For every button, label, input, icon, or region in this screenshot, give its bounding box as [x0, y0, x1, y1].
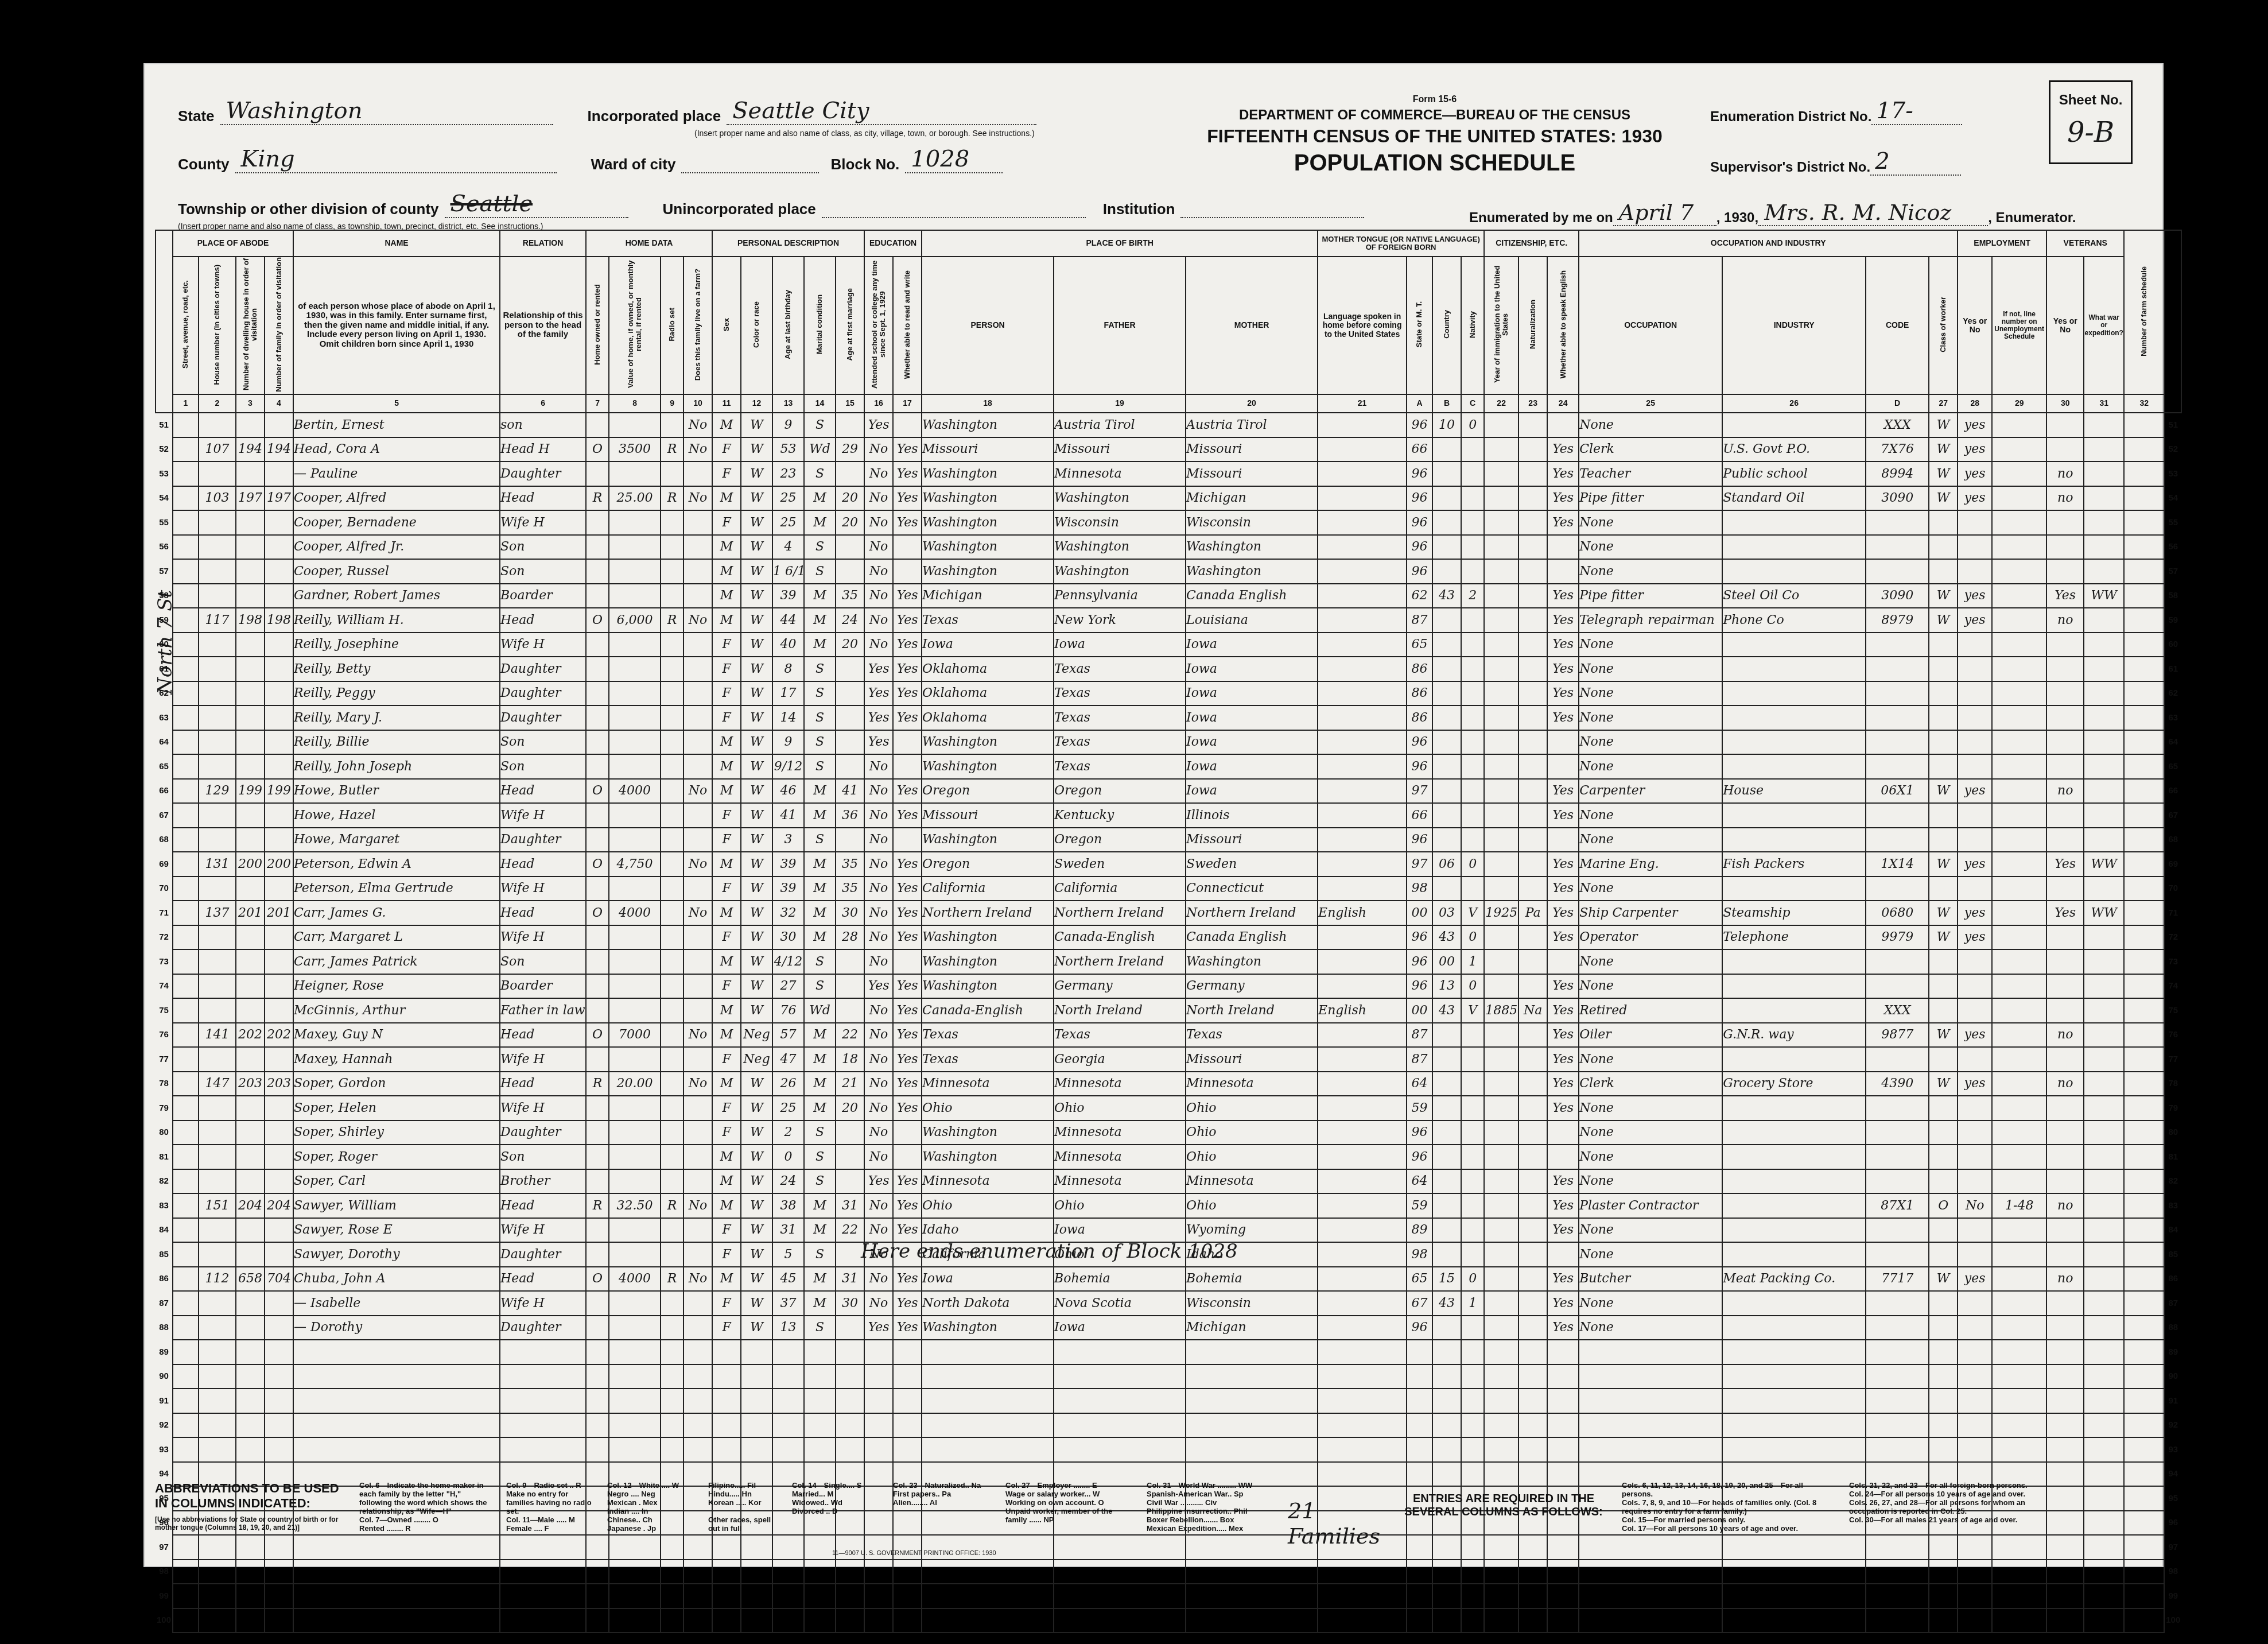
cell-own — [586, 1145, 609, 1169]
cell-imm — [1484, 1120, 1519, 1145]
cell-house — [199, 998, 236, 1023]
cell-mar: M — [804, 852, 836, 877]
cell-street — [173, 705, 199, 730]
line-number: 53 — [156, 462, 173, 486]
cell-radio: R — [661, 486, 683, 511]
cell-read — [893, 1340, 922, 1364]
cell-war — [2084, 1316, 2124, 1340]
cell-nat — [1519, 1584, 1547, 1608]
cell-value — [609, 1389, 661, 1413]
cell-bpm: Iowa — [1186, 681, 1318, 706]
cell-school — [864, 1608, 893, 1633]
cell-vet — [2046, 949, 2084, 974]
cell-farm — [683, 1340, 712, 1364]
sd-label: Supervisor's District No. — [1710, 160, 1870, 176]
cell-lang — [1318, 1072, 1407, 1096]
cell-age — [772, 1437, 804, 1462]
cell-code — [1866, 1242, 1929, 1267]
cell-bpm: Ohio — [1186, 1193, 1318, 1218]
cell-ind — [1722, 559, 1866, 584]
cell-name: Howe, Margaret — [293, 828, 500, 852]
cell-code: 9979 — [1866, 925, 1929, 950]
cell-war — [2084, 1218, 2124, 1243]
cell-value: 20.00 — [609, 1072, 661, 1096]
line-number-right: 93 — [2164, 1437, 2181, 1462]
cell-occ: Oiler — [1579, 1023, 1722, 1048]
cell-agem: 31 — [836, 1267, 864, 1292]
cell-school: No — [864, 1072, 893, 1096]
cell-lang — [1318, 1047, 1407, 1072]
cell-vet — [2046, 1584, 2084, 1608]
cell-age: 4 — [772, 535, 804, 560]
cell-sex — [712, 1340, 741, 1364]
cell-radio: R — [661, 437, 683, 462]
cell-value — [609, 877, 661, 901]
cell-house — [199, 535, 236, 560]
cell-imm — [1484, 1560, 1519, 1584]
cell-street — [173, 1242, 199, 1267]
cell-farmsch — [2124, 1023, 2164, 1048]
cell-race — [741, 1608, 772, 1633]
cell-rel: Daughter — [500, 681, 586, 706]
cell-bpm: Missouri — [1186, 462, 1318, 486]
cell-eng: Yes — [1547, 1169, 1579, 1194]
cell-rel: Father in law — [500, 998, 586, 1023]
cell-b — [1432, 1218, 1461, 1243]
cell-fam — [265, 1120, 293, 1145]
cell-mar: M — [804, 877, 836, 901]
cell-bp: Iowa — [922, 1267, 1054, 1292]
cell-race: W — [741, 852, 772, 877]
cell-bp: Washington — [922, 535, 1054, 560]
cell-lang — [1318, 1584, 1407, 1608]
cell-a: 97 — [1407, 852, 1432, 877]
cell-mar — [804, 1560, 836, 1584]
cell-b — [1432, 510, 1461, 535]
column-number: 8 — [609, 394, 661, 413]
sd-value: 2 — [1870, 148, 1961, 176]
cell-lang — [1318, 877, 1407, 901]
cell-race: W — [741, 633, 772, 657]
cell-occ: None — [1579, 877, 1722, 901]
cell-farm — [683, 925, 712, 950]
cell-age: 39 — [772, 584, 804, 608]
cell-name — [293, 1560, 500, 1584]
cell-vet: no — [2046, 1267, 2084, 1292]
cell-c: 0 — [1461, 413, 1484, 437]
cell-bp — [922, 1364, 1054, 1389]
cell-unemp — [1992, 754, 2046, 779]
cell-eng: Yes — [1547, 803, 1579, 828]
cell-nat — [1519, 1145, 1547, 1169]
cell-b — [1432, 1023, 1461, 1048]
cell-c — [1461, 486, 1484, 511]
cell-bpm — [1186, 1413, 1318, 1438]
cell-value — [609, 754, 661, 779]
cell-bp: Washington — [922, 559, 1054, 584]
cell-dwell — [236, 1242, 265, 1267]
cell-imm — [1484, 1145, 1519, 1169]
cell-house: 117 — [199, 608, 236, 633]
cell-sex — [712, 1389, 741, 1413]
cell-bpm: Wyoming — [1186, 1218, 1318, 1243]
cell-ind: Grocery Store — [1722, 1072, 1866, 1096]
line-number: 100 — [156, 1608, 173, 1633]
cell-nat — [1519, 1072, 1547, 1096]
cell-occ — [1579, 1560, 1722, 1584]
cell-agem: 20 — [836, 633, 864, 657]
cell-bp: Northern Ireland — [922, 901, 1054, 925]
cell-lang — [1318, 633, 1407, 657]
cell-value — [609, 730, 661, 755]
cell-bpf: Iowa — [1054, 1316, 1186, 1340]
cell-value — [609, 559, 661, 584]
cell-war — [2084, 1608, 2124, 1633]
cell-war — [2084, 1120, 2124, 1145]
cell-occ — [1579, 1437, 1722, 1462]
line-number: 69 — [156, 852, 173, 877]
cell-bpm: Bohemia — [1186, 1267, 1318, 1292]
cell-age: 25 — [772, 1096, 804, 1120]
cell-rel: Son — [500, 1145, 586, 1169]
cell-farm — [683, 974, 712, 999]
cell-war — [2084, 1364, 2124, 1389]
col-20-header: MOTHER — [1186, 257, 1318, 394]
cell-fam — [265, 877, 293, 901]
cell-imm — [1484, 1608, 1519, 1633]
cell-name: — Pauline — [293, 462, 500, 486]
cell-name: Carr, James G. — [293, 901, 500, 925]
cell-rel: Head — [500, 1267, 586, 1292]
cell-race: W — [741, 828, 772, 852]
table-row: 56Cooper, Alfred Jr.SonMW4SNoWashingtonW… — [156, 535, 2181, 560]
cell-agem — [836, 974, 864, 999]
cell-vet: no — [2046, 779, 2084, 804]
cell-sex: M — [712, 779, 741, 804]
cell-age: 44 — [772, 608, 804, 633]
cell-read: Yes — [893, 1316, 922, 1340]
cell-eng: Yes — [1547, 510, 1579, 535]
cell-vet: Yes — [2046, 901, 2084, 925]
cell-rel: Wife H — [500, 1047, 586, 1072]
cell-school: No — [864, 510, 893, 535]
cell-own — [586, 1291, 609, 1316]
cell-vet — [2046, 998, 2084, 1023]
cell-occ — [1579, 1389, 1722, 1413]
cell-eng — [1547, 949, 1579, 974]
cell-age: 76 — [772, 998, 804, 1023]
cell-farmsch — [2124, 1364, 2164, 1389]
cell-house — [199, 705, 236, 730]
cell-agem — [836, 1584, 864, 1608]
cell-bp: Oklahoma — [922, 705, 1054, 730]
footer-abbreviations: ABBREVIATIONS TO BE USED IN COLUMNS INDI… — [155, 1481, 2146, 1556]
cell-agem: 31 — [836, 1193, 864, 1218]
cell-nat — [1519, 925, 1547, 950]
cell-cls — [1929, 754, 1958, 779]
cell-emp — [1958, 705, 1992, 730]
cell-house: 151 — [199, 1193, 236, 1218]
cell-sex: F — [712, 462, 741, 486]
cell-a: 96 — [1407, 559, 1432, 584]
cell-emp: yes — [1958, 1267, 1992, 1292]
cell-bpf — [1054, 1608, 1186, 1633]
cell-unemp — [1992, 681, 2046, 706]
cell-emp — [1958, 1560, 1992, 1584]
cell-farmsch — [2124, 559, 2164, 584]
cell-ind — [1722, 1096, 1866, 1120]
cell-mar: M — [804, 510, 836, 535]
cell-race: W — [741, 998, 772, 1023]
cell-school: Yes — [864, 657, 893, 681]
cell-name: Sawyer, Rose E — [293, 1218, 500, 1243]
cell-unemp — [1992, 1364, 2046, 1389]
cell-sex: F — [712, 633, 741, 657]
cell-lang — [1318, 510, 1407, 535]
cell-unemp — [1992, 1096, 2046, 1120]
line-number-right: 73 — [2164, 949, 2181, 974]
cell-farm — [683, 877, 712, 901]
cell-emp: yes — [1958, 779, 1992, 804]
line-number: 82 — [156, 1169, 173, 1194]
cell-mar: M — [804, 633, 836, 657]
col-15-header: Age at first marriage — [836, 257, 864, 394]
cell-unemp — [1992, 1608, 2046, 1633]
cell-code — [1866, 877, 1929, 901]
cell-code: XXX — [1866, 413, 1929, 437]
cell-farm: No — [683, 413, 712, 437]
cell-bp: Ohio — [922, 1193, 1054, 1218]
cell-radio — [661, 1291, 683, 1316]
cell-value — [609, 1413, 661, 1438]
cell-bp: Ohio — [922, 1096, 1054, 1120]
cell-imm — [1484, 828, 1519, 852]
enumerated-date: April 7 — [1613, 200, 1716, 226]
cell-imm — [1484, 949, 1519, 974]
cell-nat — [1519, 535, 1547, 560]
cell-age: 39 — [772, 852, 804, 877]
cell-street — [173, 901, 199, 925]
cell-occ: Marine Eng. — [1579, 852, 1722, 877]
cell-c — [1461, 1169, 1484, 1194]
cell-emp: yes — [1958, 1072, 1992, 1096]
cell-house — [199, 1364, 236, 1389]
line-number: 84 — [156, 1218, 173, 1243]
cell-read: Yes — [893, 437, 922, 462]
cell-own — [586, 949, 609, 974]
cell-ind — [1722, 803, 1866, 828]
cell-sex: M — [712, 949, 741, 974]
cell-vet — [2046, 754, 2084, 779]
cell-age: 31 — [772, 1218, 804, 1243]
cell-fam — [265, 1096, 293, 1120]
cell-farmsch — [2124, 1145, 2164, 1169]
table-row: 58Gardner, Robert JamesBoarderMW39M35NoY… — [156, 584, 2181, 608]
cell-agem — [836, 1242, 864, 1267]
cell-ind — [1722, 1120, 1866, 1145]
cell-emp: yes — [1958, 413, 1992, 437]
cell-agem: 22 — [836, 1023, 864, 1048]
cell-own — [586, 1316, 609, 1340]
cell-farm — [683, 1218, 712, 1243]
cell-code — [1866, 1120, 1929, 1145]
cell-vet: no — [2046, 1072, 2084, 1096]
cell-dwell — [236, 705, 265, 730]
cell-read: Yes — [893, 1072, 922, 1096]
cell-street — [173, 1023, 199, 1048]
cell-b — [1432, 1145, 1461, 1169]
cell-bpm: Washington — [1186, 535, 1318, 560]
cell-farm — [683, 803, 712, 828]
cell-war: WW — [2084, 901, 2124, 925]
cell-fam — [265, 1169, 293, 1194]
cell-farm — [683, 1096, 712, 1120]
cell-cls: W — [1929, 1072, 1958, 1096]
column-number: 32 — [2124, 394, 2164, 413]
cell-bpm: Canada English — [1186, 584, 1318, 608]
cell-farm — [683, 559, 712, 584]
cell-race: W — [741, 901, 772, 925]
cell-fam — [265, 1242, 293, 1267]
cell-race: W — [741, 1316, 772, 1340]
cell-eng — [1547, 1584, 1579, 1608]
abbr-col6: Col. 6—Indicate the home-maker in each f… — [359, 1481, 491, 1556]
cell-dwell: 197 — [236, 486, 265, 511]
cell-mar: M — [804, 608, 836, 633]
cell-eng — [1547, 413, 1579, 437]
cell-bp: Washington — [922, 1145, 1054, 1169]
block-value: 1028 — [905, 146, 1003, 173]
line-number-right: 87 — [2164, 1291, 2181, 1316]
cell-occ: None — [1579, 949, 1722, 974]
line-number: 71 — [156, 901, 173, 925]
cell-dwell — [236, 559, 265, 584]
cell-code — [1866, 1145, 1929, 1169]
cell-value: 4000 — [609, 779, 661, 804]
col-7-header: Home owned or rented — [586, 257, 609, 394]
cell-lang — [1318, 1218, 1407, 1243]
column-number: 27 — [1929, 394, 1958, 413]
cell-imm — [1484, 1169, 1519, 1194]
cell-farmsch — [2124, 1291, 2164, 1316]
cell-vet — [2046, 1291, 2084, 1316]
cell-emp — [1958, 803, 1992, 828]
cell-nat — [1519, 852, 1547, 877]
cell-agem: 29 — [836, 437, 864, 462]
cell-race — [741, 1584, 772, 1608]
cell-race: W — [741, 754, 772, 779]
census-rows: 51Bertin, ErnestsonNoMW9SYesWashingtonAu… — [156, 413, 2181, 1633]
cell-imm — [1484, 584, 1519, 608]
cell-bpf: Canada-English — [1054, 925, 1186, 950]
cell-agem: 20 — [836, 1096, 864, 1120]
column-number: 24 — [1547, 394, 1579, 413]
cell-house — [199, 510, 236, 535]
cell-radio — [661, 657, 683, 681]
cell-lang — [1318, 1145, 1407, 1169]
group-education: EDUCATION — [864, 230, 922, 257]
cell-occ: Butcher — [1579, 1267, 1722, 1292]
cell-sex: M — [712, 730, 741, 755]
cell-mar: M — [804, 803, 836, 828]
cell-unemp — [1992, 559, 2046, 584]
ed-value: 17- — [1871, 98, 1962, 125]
cell-farm: No — [683, 437, 712, 462]
cell-bp — [922, 1608, 1054, 1633]
cell-sex: M — [712, 608, 741, 633]
cell-mar: S — [804, 705, 836, 730]
cell-read: Yes — [893, 925, 922, 950]
cell-unemp — [1992, 1291, 2046, 1316]
cell-house — [199, 974, 236, 999]
incorporated-note: (Insert proper name and also name of cla… — [694, 129, 1154, 138]
cell-farmsch — [2124, 754, 2164, 779]
cell-school: No — [864, 1047, 893, 1072]
cell-b — [1432, 681, 1461, 706]
cell-c — [1461, 1560, 1484, 1584]
cell-code — [1866, 1291, 1929, 1316]
cell-nat — [1519, 559, 1547, 584]
column-number: 14 — [804, 394, 836, 413]
cell-ind — [1722, 413, 1866, 437]
cell-age: 13 — [772, 1316, 804, 1340]
cell-name — [293, 1364, 500, 1389]
cell-race: W — [741, 437, 772, 462]
cell-fam — [265, 559, 293, 584]
cell-dwell — [236, 413, 265, 437]
cell-house: 147 — [199, 1072, 236, 1096]
cell-ind — [1722, 974, 1866, 999]
cell-cls — [1929, 1389, 1958, 1413]
cell-street — [173, 779, 199, 804]
group-occupation: OCCUPATION AND INDUSTRY — [1579, 230, 1958, 257]
table-row: 9393 — [156, 1437, 2181, 1462]
cell-street — [173, 1340, 199, 1364]
state-value: Washington — [220, 98, 553, 125]
cell-imm — [1484, 974, 1519, 999]
cell-occ: Clerk — [1579, 1072, 1722, 1096]
cell-a: 96 — [1407, 730, 1432, 755]
line-number-right: 70 — [2164, 877, 2181, 901]
cell-c — [1461, 633, 1484, 657]
cell-bpf: Texas — [1054, 705, 1186, 730]
cell-farmsch — [2124, 828, 2164, 852]
cell-farm — [683, 1169, 712, 1194]
cell-fam — [265, 1340, 293, 1364]
cell-race: W — [741, 1193, 772, 1218]
table-row: 72Carr, Margaret LWife HFW30M28NoYesWash… — [156, 925, 2181, 950]
cell-lang — [1318, 1291, 1407, 1316]
cell-read: Yes — [893, 901, 922, 925]
cell-c — [1461, 462, 1484, 486]
table-row: 54103197197Cooper, AlfredHeadR25.00RNoMW… — [156, 486, 2181, 511]
cell-own — [586, 974, 609, 999]
county-value: King — [235, 146, 557, 173]
cell-vet — [2046, 1145, 2084, 1169]
cell-bpm: Iowa — [1186, 730, 1318, 755]
cell-war — [2084, 1267, 2124, 1292]
cell-radio: R — [661, 608, 683, 633]
table-row: 60Reilly, JosephineWife HFW40M20NoYesIow… — [156, 633, 2181, 657]
cell-farmsch — [2124, 584, 2164, 608]
cell-read: Yes — [893, 877, 922, 901]
cell-imm — [1484, 730, 1519, 755]
cell-value — [609, 998, 661, 1023]
cell-own — [586, 657, 609, 681]
cell-mar — [804, 1584, 836, 1608]
cell-own — [586, 1047, 609, 1072]
cell-school — [864, 1340, 893, 1364]
